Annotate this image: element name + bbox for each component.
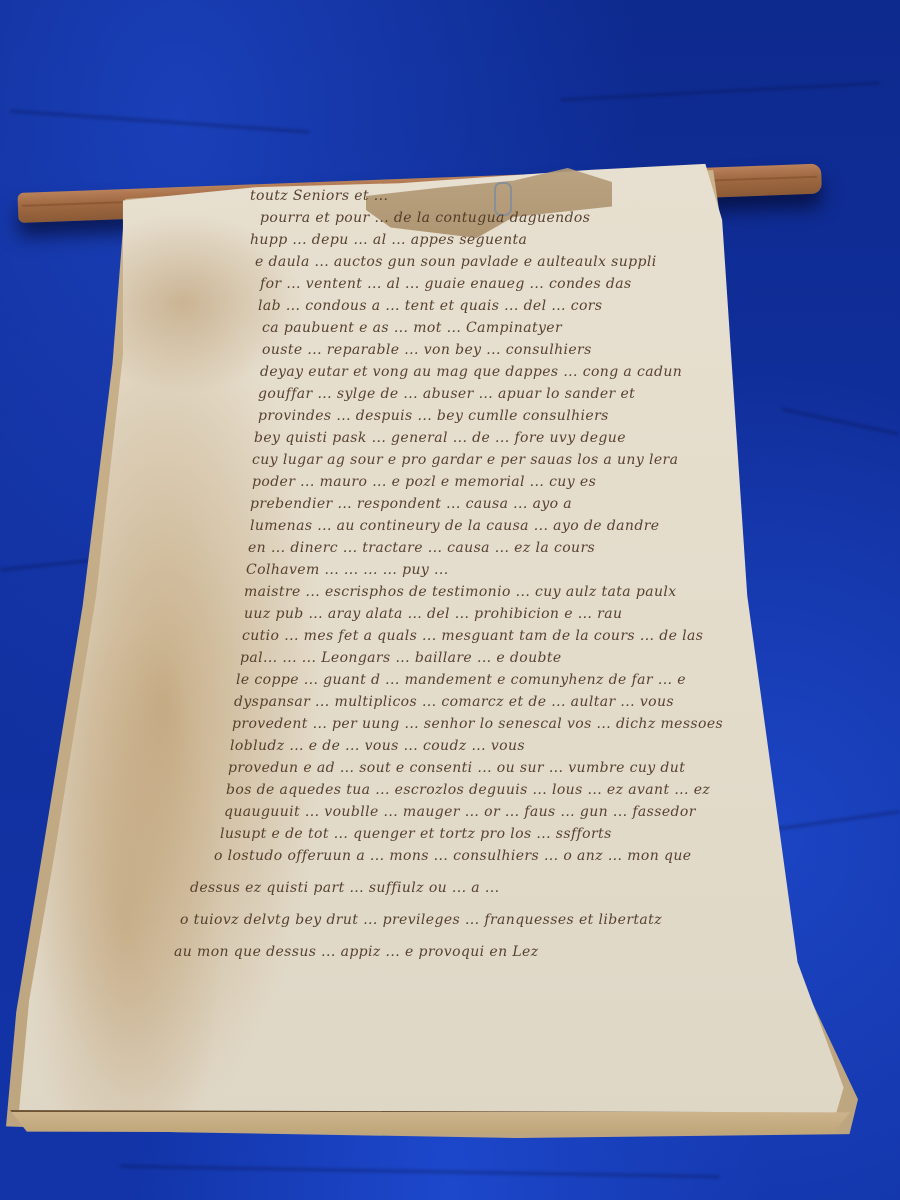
- manuscript-line: pal... ... ... Leongars ... baillare ...…: [240, 650, 562, 666]
- manuscript-line: au mon que dessus ... appiz ... e provoq…: [174, 944, 539, 960]
- manuscript-line: provedent ... per uung ... senhor lo sen…: [232, 716, 723, 732]
- manuscript-line: dessus ez quisti part ... suffiulz ou ..…: [190, 880, 499, 896]
- fabric-fold: [760, 810, 899, 832]
- fabric-fold: [560, 82, 880, 102]
- fabric-fold: [781, 408, 899, 436]
- manuscript-line: hupp ... depu ... al ... appes seguenta: [250, 232, 527, 248]
- manuscript-line: bey quisti pask ... general ... de ... f…: [254, 430, 626, 446]
- manuscript-line: prebendier ... respondent ... causa ... …: [250, 496, 572, 512]
- manuscript-line: pourra et pour ... de la contugua daguen…: [260, 210, 590, 226]
- manuscript-line: ouste ... reparable ... von bey ... cons…: [262, 342, 592, 358]
- fabric-fold: [10, 110, 309, 134]
- manuscript-line: uuz pub ... aray alata ... del ... prohi…: [244, 606, 622, 622]
- manuscript-line: lumenas ... au contineury de la causa ..…: [250, 518, 659, 534]
- manuscript-line: quauguuit ... voublle ... mauger ... or …: [224, 804, 696, 820]
- fabric-fold: [120, 1165, 720, 1178]
- manuscript-line: ca paubuent e as ... mot ... Campinatyer: [262, 320, 562, 336]
- manuscript-line: dyspansar ... multiplicos ... comarcz et…: [234, 694, 674, 710]
- manuscript-line: e daula ... auctos gun soun pavlade e au…: [255, 254, 657, 270]
- manuscript-line: o lostudo offeruun a ... mons ... consul…: [214, 848, 691, 864]
- manuscript-line: toutz Seniors et ...: [250, 188, 388, 204]
- manuscript-line: cuy lugar ag sour e pro gardar e per sau…: [252, 452, 678, 468]
- manuscript-line: provedun e ad ... sout e consenti ... ou…: [228, 760, 685, 776]
- manuscript-line: bos de aquedes tua ... escrozlos deguuis…: [226, 782, 710, 798]
- manuscript-line: lobludz ... e de ... vous ... coudz ... …: [230, 738, 525, 754]
- manuscript-line: o tuiovz delvtg bey drut ... previleges …: [180, 912, 662, 928]
- manuscript-line: Colhavem ... ... ... ... puy ...: [246, 562, 449, 578]
- manuscript-line: cutio ... mes fet a quals ... mesguant t…: [242, 628, 703, 644]
- manuscript-line: maistre ... escrisphos de testimonio ...…: [244, 584, 677, 600]
- manuscript-line: lusupt e de tot ... quenger et tortz pro…: [220, 826, 612, 842]
- manuscript-line: deyay eutar et vong au mag que dappes ..…: [260, 364, 682, 380]
- manuscript-line: for ... ventent ... al ... guaie enaueg …: [260, 276, 632, 292]
- manuscript-line: poder ... mauro ... e pozl e memorial ..…: [252, 474, 596, 490]
- page-bottom-edge: [10, 1110, 850, 1134]
- manuscript-line: le coppe ... guant d ... mandement e com…: [236, 672, 686, 688]
- manuscript-line: lab ... condous a ... tent et quais ... …: [258, 298, 603, 314]
- manuscript-line: en ... dinerc ... tractare ... causa ...…: [248, 540, 595, 556]
- manuscript-line: provindes ... despuis ... bey cumlle con…: [258, 408, 609, 424]
- manuscript-line: gouffar ... sylge de ... abuser ... apua…: [258, 386, 635, 402]
